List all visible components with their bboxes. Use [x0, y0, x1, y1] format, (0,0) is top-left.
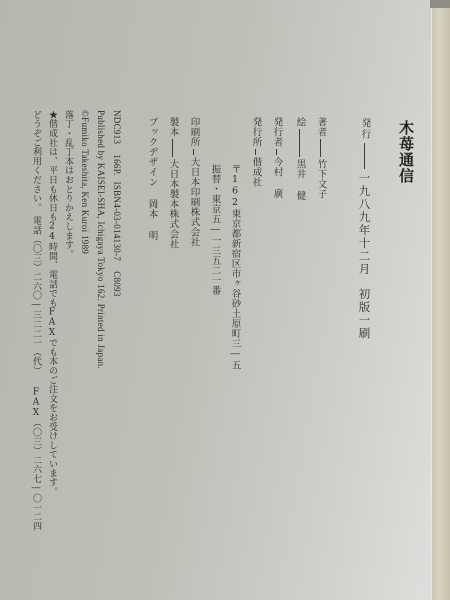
- divider-dash: [299, 129, 300, 157]
- copyright: ©Fumiko Takeshita, Ken Kuroi 1989: [80, 110, 89, 254]
- catalog-info: NDC913166P.ISBN4-03-014130-7C8093: [112, 110, 121, 297]
- c-code: C8093: [112, 271, 122, 297]
- credit-name: 大日本印刷株式会社: [189, 157, 200, 247]
- publication-date: 一九八九年十二月: [358, 172, 372, 276]
- credit-name: 大日本製本株式会社: [168, 159, 179, 249]
- divider-dash: [172, 139, 173, 157]
- edition-label: 初版一刷: [358, 288, 372, 340]
- divider-dash: [255, 149, 256, 155]
- credit-printer: 印刷所大日本印刷株式会社: [189, 117, 199, 247]
- credit-name: 竹下文子: [316, 159, 327, 199]
- publisher-address: 〒162東京都新宿区市ヶ谷砂土原町三―五: [230, 164, 240, 370]
- divider-dash: [364, 143, 365, 169]
- credit-name: 黒井 健: [295, 159, 306, 201]
- page-count: 166P.: [112, 154, 122, 175]
- order-notice-closing: どうぞご利用ください。: [31, 110, 41, 212]
- published-by: Published by KAISEI-SHA, Ichigaya Tokyo …: [96, 110, 105, 369]
- divider-dash: [276, 149, 277, 155]
- credit-role: 印刷所: [189, 117, 200, 147]
- divider-dash: [193, 149, 194, 155]
- replacement-notice: 落丁・乱丁本はおとりかえします。: [63, 110, 72, 259]
- postal-code: 〒162: [230, 164, 241, 209]
- credit-publisher-company: 発行所偕成社: [251, 117, 261, 187]
- credit-book-design: ブックデザイン岡本 明: [147, 117, 157, 241]
- credit-author: 著者竹下文子: [316, 117, 326, 199]
- credit-name: 今村 廣: [272, 157, 283, 199]
- fax-number: FAX（〇三）二六七―〇一二四: [31, 387, 41, 531]
- credit-role: 発行者: [272, 117, 283, 147]
- book-title: 木苺通信: [398, 120, 413, 184]
- credit-role: 絵: [295, 117, 306, 127]
- credit-illustrator: 絵黒井 健: [295, 117, 305, 201]
- ndc-code: NDC913: [112, 110, 122, 144]
- divider-dash: [320, 139, 321, 157]
- phone-number: 電話（〇三）二六〇―三二二一（代）: [31, 216, 41, 375]
- order-notice-2: どうぞご利用ください。電話（〇三）二六〇―三二二一（代）FAX（〇三）二六七―〇…: [31, 110, 40, 531]
- credit-role: 著者: [316, 117, 327, 137]
- credit-name: 岡本 明: [147, 199, 158, 241]
- address-line: 東京都新宿区市ヶ谷砂土原町三―五: [230, 209, 241, 371]
- credit-role: ブックデザイン: [147, 117, 158, 187]
- publication-label: 発行: [360, 118, 371, 140]
- transfer-account: 振替・東京五―一三五二一番: [210, 164, 220, 296]
- credit-publisher-person: 発行者今村 廣: [272, 117, 282, 199]
- book-page-edge-shadow: [430, 0, 450, 8]
- credit-name: 偕成社: [251, 157, 262, 187]
- book-page-edge: [431, 0, 450, 600]
- order-notice: ★偕成社は、平日も休日も24時間、電話でもFAXでも本のご注文をお受けしています…: [47, 110, 56, 496]
- publication-line: 発行一九八九年十二月初版一刷: [358, 118, 370, 340]
- book-page-photo: 木苺通信 発行一九八九年十二月初版一刷 著者竹下文子 絵黒井 健 発行者今村 廣…: [0, 0, 450, 600]
- isbn: ISBN4-03-014130-7: [112, 182, 122, 262]
- credit-binder: 製本大日本製本株式会社: [168, 117, 178, 249]
- credit-role: 製本: [168, 117, 179, 137]
- credit-role: 発行所: [251, 117, 262, 147]
